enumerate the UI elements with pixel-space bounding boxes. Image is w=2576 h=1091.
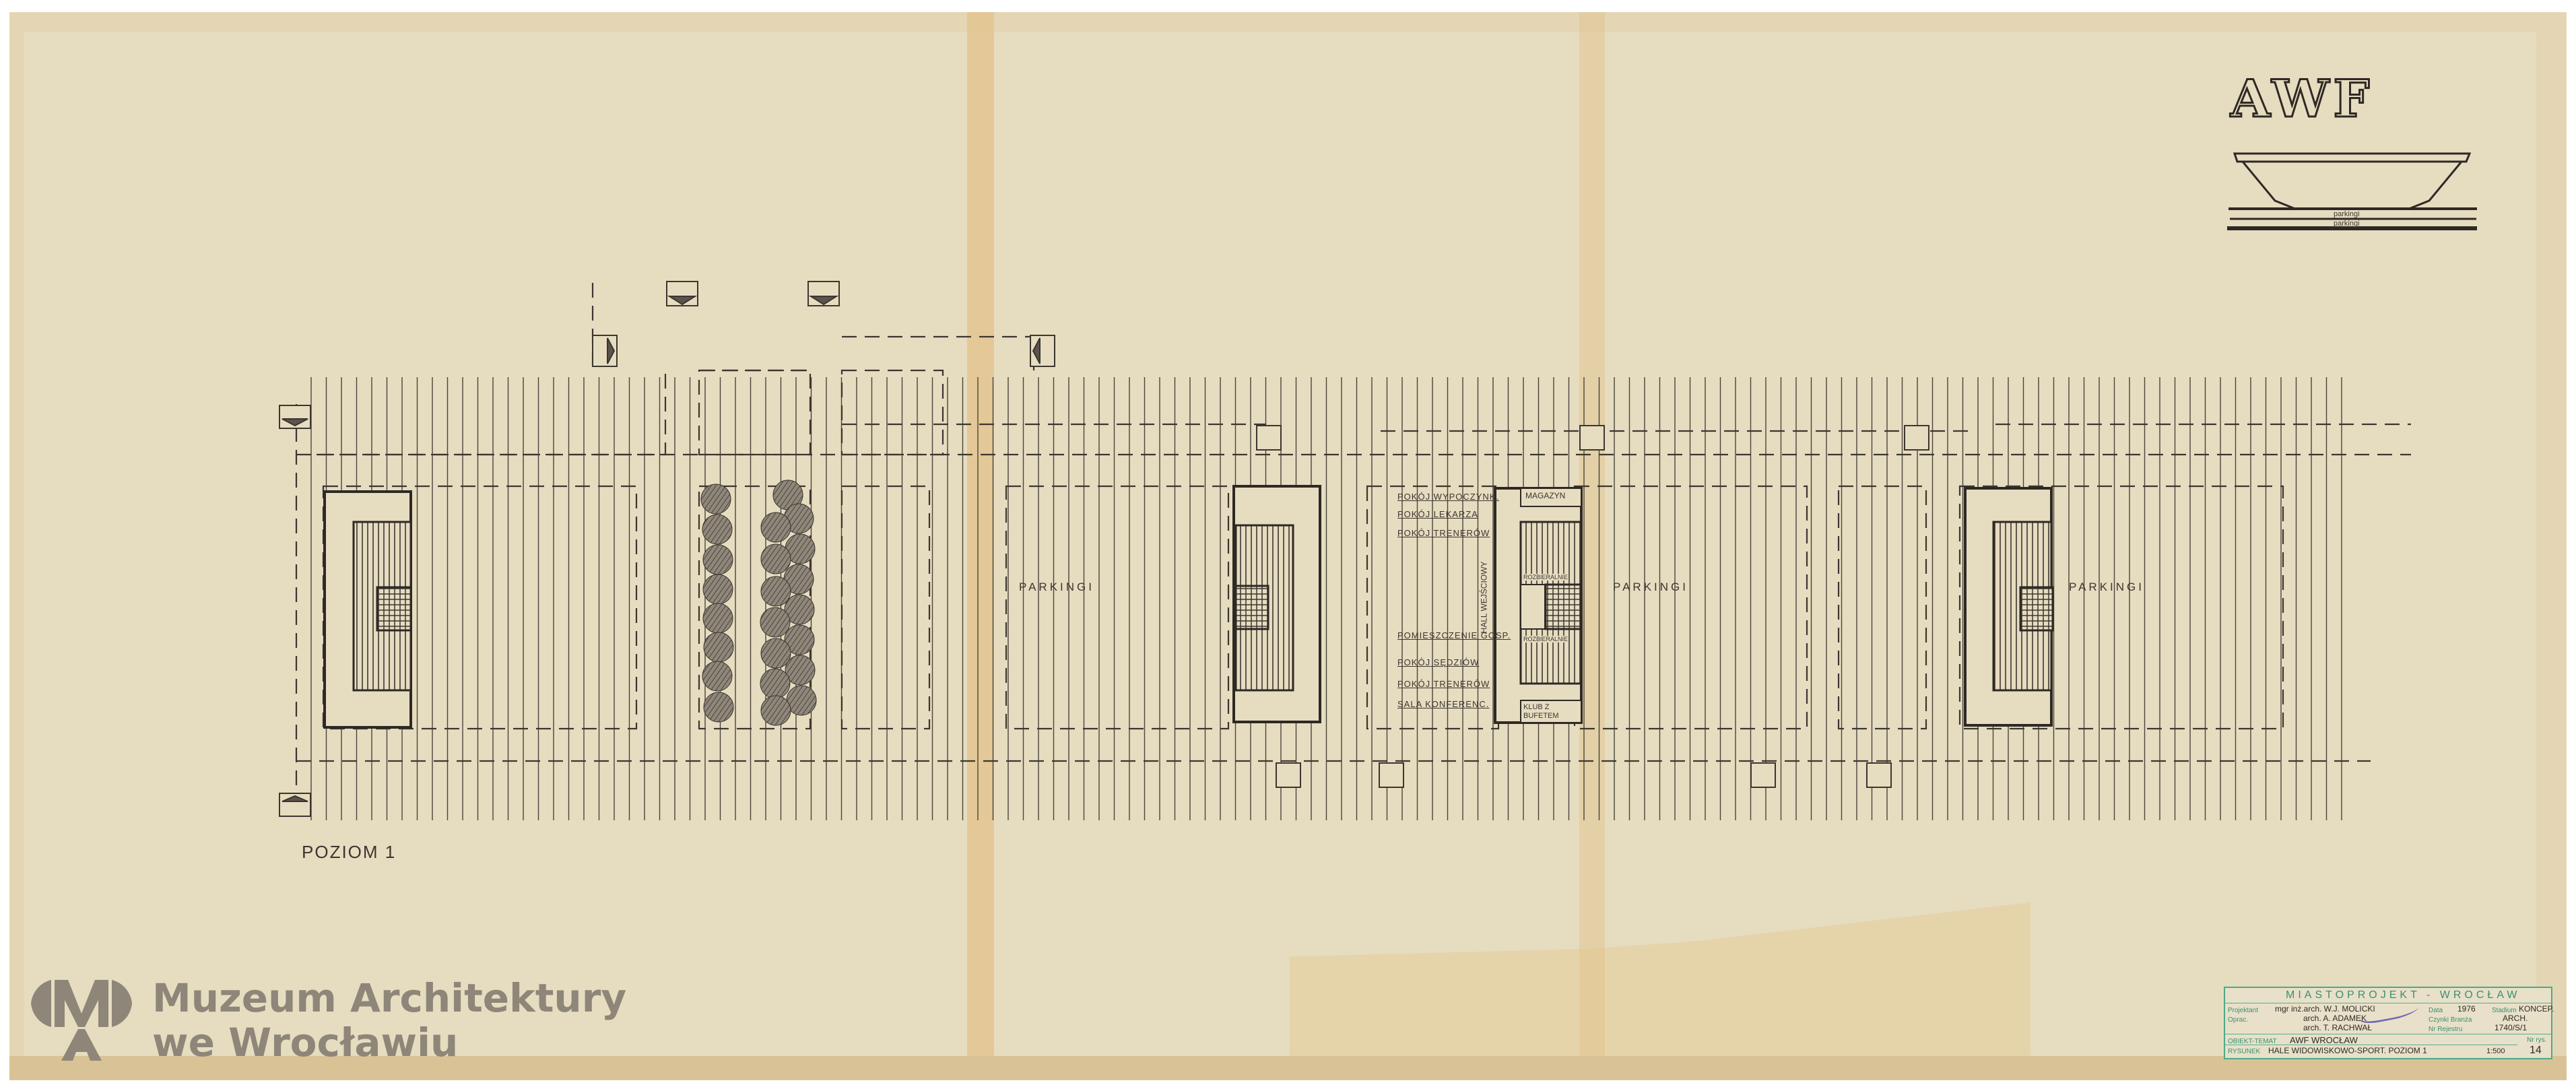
room-label-trenerow-1: POKÓJ TRENERÓW xyxy=(1397,528,1490,538)
building-block-right xyxy=(1965,488,2053,725)
rysunek-label: RYSUNEK xyxy=(2228,1048,2260,1055)
awf-logo: AWF xyxy=(2231,69,2374,129)
branza-value: ARCH. xyxy=(2503,1014,2528,1023)
title-block: MIASTOPROJEKT - WROCŁAW Projektant Oprac… xyxy=(2224,987,2552,1059)
building-block-central-service xyxy=(1495,488,1581,723)
room-label-rozbieralnie-bottom: ROZBIERALNIE xyxy=(1523,636,1568,642)
projektant-label: Projektant xyxy=(2228,1007,2258,1014)
room-label-gosp: POMIESZCZENIE GOSP. xyxy=(1397,630,1511,640)
room-label-konferenc: SALA KONFERENC. xyxy=(1397,699,1489,709)
room-label-magazyn: MAGAZYN xyxy=(1525,491,1565,500)
room-label-sedziow: POKÓJ SĘDZIÓW xyxy=(1397,657,1479,667)
obiekt-value: AWF WROCŁAW xyxy=(2290,1035,2358,1045)
room-label-rozbieralnie-top: ROZBIERALNIE xyxy=(1523,574,1568,581)
room-label-klub: KLUB Z BUFETEM xyxy=(1523,703,1577,721)
floor-plan: /* placeholder */ xyxy=(0,0,2576,1091)
designer-1: mgr inż.arch. W.J. MOLICKI xyxy=(2275,1004,2375,1014)
building-block-left xyxy=(325,492,411,727)
museum-watermark: Muzeum Architektury we Wrocławiu xyxy=(24,977,630,1064)
parking-label-3: PARKINGI xyxy=(2069,581,2144,594)
rysunek-value: HALE WIDOWISKOWO-SPORT. POZIOM 1 xyxy=(2268,1046,2427,1055)
designer-3: arch. T. RACHWAŁ xyxy=(2303,1023,2372,1032)
stadium-value: KONCEP. xyxy=(2519,1004,2554,1014)
opracowal-label: Oprac. xyxy=(2228,1016,2248,1024)
tree-row-right xyxy=(760,480,816,725)
building-block-center xyxy=(1234,486,1320,722)
level-label: POZIOM 1 xyxy=(302,842,396,863)
nr-rejestru-label: Nr Rejestru xyxy=(2429,1026,2463,1033)
museum-monogram-icon xyxy=(24,977,139,1064)
room-label-lekarza: POKÓJ LEKARZA xyxy=(1397,509,1478,519)
room-label-wypoczynk: POKÓJ WYPOCZYNK. xyxy=(1397,492,1499,502)
data-label: Data xyxy=(2429,1007,2443,1014)
scale-value: 1:500 xyxy=(2486,1047,2505,1055)
section-label-lower: parkingi xyxy=(2334,220,2360,228)
data-value: 1976 xyxy=(2457,1004,2476,1014)
check-label: Czynki Branża xyxy=(2429,1016,2472,1024)
section-label-upper: parkingi xyxy=(2334,210,2360,218)
nr-rys-value: 14 xyxy=(2530,1045,2542,1057)
nr-rys-label: Nr rys. xyxy=(2527,1036,2546,1044)
museum-name-line1: Muzeum Architektury xyxy=(152,977,626,1020)
parking-label-1: PARKINGI xyxy=(1019,581,1094,594)
tree-row-left xyxy=(701,484,733,722)
nr-rejestru-value: 1740/S/1 xyxy=(2495,1023,2527,1032)
museum-name-line2: we Wrocławiu xyxy=(152,1021,458,1064)
room-label-trenerow-2: POKÓJ TRENERÓW xyxy=(1397,679,1490,689)
room-label-hall: HALL WEJŚCIOWY xyxy=(1479,562,1488,634)
parking-label-2: PARKINGI xyxy=(1613,581,1688,594)
designer-2: arch. A. ADAMEK xyxy=(2303,1014,2367,1023)
stair-symbols xyxy=(279,282,1929,816)
